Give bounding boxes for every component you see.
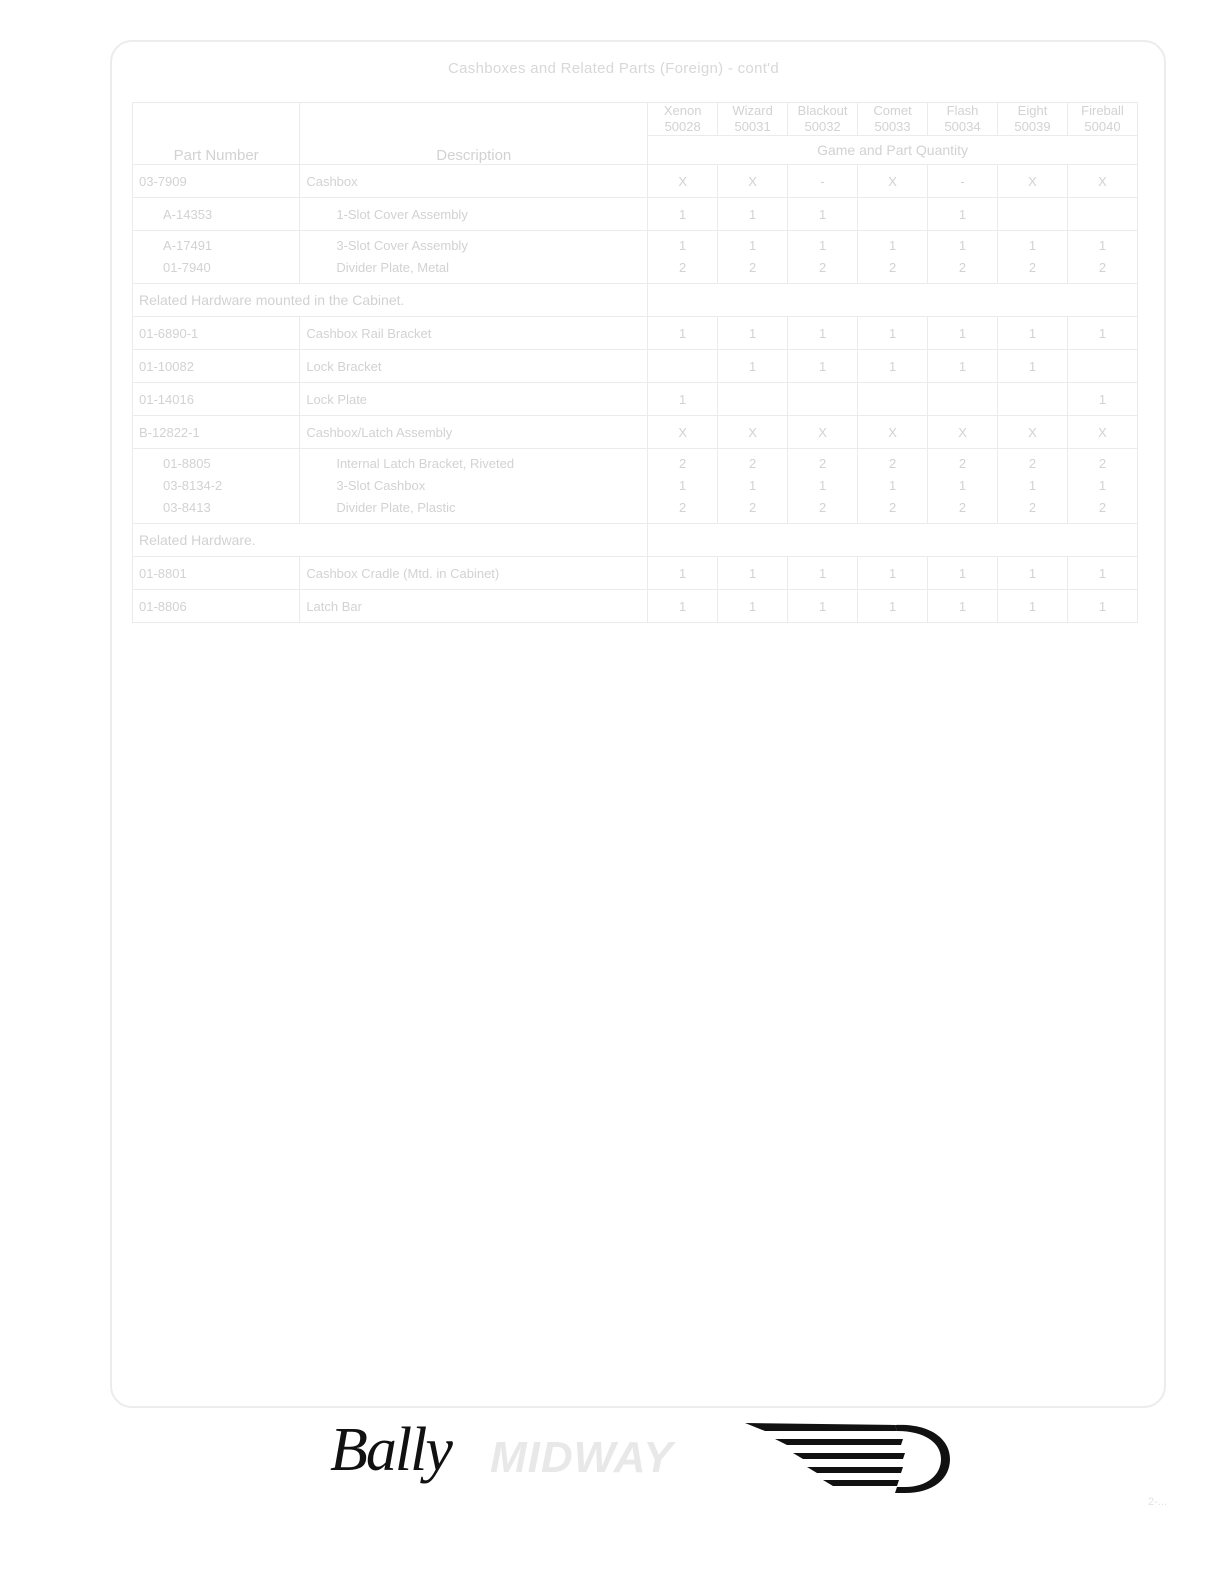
- winged-circle-logo-icon: [745, 1417, 955, 1497]
- quantity-cell: 2: [794, 453, 851, 475]
- column-header-game: Fireball50040: [1067, 103, 1137, 136]
- game-number: 50028: [654, 119, 711, 135]
- quantity-cell: [718, 383, 788, 416]
- quantity-cell: 1: [654, 475, 711, 497]
- quantity-cell: -: [928, 165, 998, 198]
- quantity-cell-group: 12: [788, 231, 858, 284]
- quantity-cell: 2: [1074, 453, 1131, 475]
- quantity-cell: 1: [724, 475, 781, 497]
- quantity-cell: 1: [1004, 235, 1061, 257]
- quantity-cell: [1067, 198, 1137, 231]
- part-description: Internal Latch Bracket, Riveted: [336, 453, 641, 475]
- part-number: 01-8801: [133, 557, 300, 590]
- quantity-cell: 1: [934, 235, 991, 257]
- quantity-cell-group: 212: [858, 449, 928, 524]
- section-label: Related Hardware.: [133, 524, 648, 557]
- part-description: 3-Slot Cover Assembly: [336, 235, 641, 257]
- quantity-cell: [1067, 350, 1137, 383]
- game-number: 50032: [794, 119, 851, 135]
- game-name: Eight: [1004, 103, 1061, 119]
- part-number-group: A-1749101-7940: [133, 231, 300, 284]
- table-row-group: A-1749101-79403-Slot Cover AssemblyDivid…: [133, 231, 1138, 284]
- game-name: Comet: [864, 103, 921, 119]
- part-description: Cashbox Rail Bracket: [300, 317, 648, 350]
- game-name: Xenon: [654, 103, 711, 119]
- quantity-cell: 1: [788, 317, 858, 350]
- quantity-cell: -: [788, 165, 858, 198]
- column-header-part-number: Part Number: [133, 103, 300, 165]
- column-header-game: Flash50034: [928, 103, 998, 136]
- quantity-cell: X: [928, 416, 998, 449]
- brand-block: MIDWAY: [490, 1433, 674, 1483]
- quantity-cell-group: 212: [788, 449, 858, 524]
- quantity-cell: X: [718, 416, 788, 449]
- quantity-cell: 1: [928, 350, 998, 383]
- quantity-cell-group: 12: [718, 231, 788, 284]
- quantity-cell: 2: [794, 257, 851, 279]
- table-row: A-143531-Slot Cover Assembly1111: [133, 198, 1138, 231]
- quantity-cell: [788, 383, 858, 416]
- quantity-cell: 1: [928, 198, 998, 231]
- part-description: Lock Bracket: [300, 350, 648, 383]
- quantity-cell: 1: [718, 557, 788, 590]
- page-title: Cashboxes and Related Parts (Foreign) - …: [0, 60, 1227, 77]
- part-description: 1-Slot Cover Assembly: [300, 198, 648, 231]
- quantity-cell: 1: [788, 557, 858, 590]
- page-number: 2-...: [1148, 1496, 1167, 1508]
- quantity-cell: 2: [864, 453, 921, 475]
- quantity-cell: 1: [718, 317, 788, 350]
- table-row: 03-7909CashboxXX-X-XX: [133, 165, 1138, 198]
- game-name: Wizard: [724, 103, 781, 119]
- quantity-cell: X: [1067, 165, 1137, 198]
- quantity-cell: 1: [1004, 475, 1061, 497]
- quantity-cell: 1: [788, 590, 858, 623]
- quantity-cell: 1: [788, 350, 858, 383]
- quantity-cell: 2: [1004, 257, 1061, 279]
- quantity-cell: X: [998, 416, 1068, 449]
- part-description-group: 3-Slot Cover AssemblyDivider Plate, Meta…: [300, 231, 648, 284]
- quantity-cell: 1: [648, 590, 718, 623]
- section-row: Related Hardware.: [133, 524, 1138, 557]
- game-number: 50040: [1074, 119, 1131, 135]
- quantity-cell: 1: [1074, 475, 1131, 497]
- column-header-game: Wizard50031: [718, 103, 788, 136]
- quantity-cell: 2: [794, 497, 851, 519]
- quantity-cell: 1: [718, 198, 788, 231]
- bally-midway-logo: Bally MIDWAY: [330, 1415, 950, 1505]
- quantity-cell: 1: [794, 475, 851, 497]
- game-number: 50039: [1004, 119, 1061, 135]
- quantity-cell: 1: [858, 557, 928, 590]
- quantity-cell: X: [648, 416, 718, 449]
- quantity-cell: 1: [858, 350, 928, 383]
- section-row: Related Hardware mounted in the Cabinet.: [133, 284, 1138, 317]
- game-name: Blackout: [794, 103, 851, 119]
- part-description: Lock Plate: [300, 383, 648, 416]
- game-name: Fireball: [1074, 103, 1131, 119]
- quantity-cell: [998, 198, 1068, 231]
- table-row: 01-14016Lock Plate11: [133, 383, 1138, 416]
- quantity-cell: 1: [858, 317, 928, 350]
- quantity-cell: 2: [724, 497, 781, 519]
- quantity-cell-group: 212: [648, 449, 718, 524]
- quantity-cell-group: 12: [928, 231, 998, 284]
- quantity-cell: 2: [934, 257, 991, 279]
- game-name: Flash: [934, 103, 991, 119]
- quantity-cell-group: 212: [718, 449, 788, 524]
- quantity-cell: 1: [654, 235, 711, 257]
- quantity-cell: X: [648, 165, 718, 198]
- table-row: B-12822-1Cashbox/Latch AssemblyXXXXXXX: [133, 416, 1138, 449]
- quantity-cell: 1: [648, 317, 718, 350]
- table-header-row: Part Number Description Xenon50028 Wizar…: [133, 103, 1138, 136]
- quantity-cell: X: [718, 165, 788, 198]
- part-description: Cashbox/Latch Assembly: [300, 416, 648, 449]
- game-number: 50033: [864, 119, 921, 135]
- quantity-cell: [858, 383, 928, 416]
- part-number: 01-8805: [163, 453, 293, 475]
- part-number: 03-7909: [133, 165, 300, 198]
- table-body: 03-7909CashboxXX-X-XXA-143531-Slot Cover…: [133, 165, 1138, 623]
- parts-table: Part Number Description Xenon50028 Wizar…: [132, 102, 1138, 623]
- quantity-cell: 1: [998, 590, 1068, 623]
- quantity-cell: 2: [654, 497, 711, 519]
- part-description: Cashbox Cradle (Mtd. in Cabinet): [300, 557, 648, 590]
- quantity-cell-group: 12: [858, 231, 928, 284]
- quantity-cell: 1: [794, 235, 851, 257]
- quantity-cell: 2: [654, 257, 711, 279]
- quantity-cell: [998, 383, 1068, 416]
- quantity-cell: 1: [648, 557, 718, 590]
- column-header-game: Comet50033: [858, 103, 928, 136]
- quantity-cell: 2: [724, 257, 781, 279]
- part-number: 03-8134-2: [163, 475, 293, 497]
- quantity-cell-group: 12: [998, 231, 1068, 284]
- column-header-description: Description: [300, 103, 648, 165]
- table-row: 01-6890-1Cashbox Rail Bracket1111111: [133, 317, 1138, 350]
- quantity-cell: 2: [1004, 453, 1061, 475]
- quantity-cell: 1: [1067, 590, 1137, 623]
- quantity-cell: 2: [864, 257, 921, 279]
- quantity-cell: [648, 350, 718, 383]
- part-number: A-14353: [133, 198, 300, 231]
- quantity-cell: 1: [724, 235, 781, 257]
- part-number: 01-6890-1: [133, 317, 300, 350]
- table-row: 01-8806Latch Bar1111111: [133, 590, 1138, 623]
- part-description: Latch Bar: [300, 590, 648, 623]
- quantity-cell: 1: [1067, 557, 1137, 590]
- quantity-cell: 1: [858, 590, 928, 623]
- quantity-cell: 1: [928, 317, 998, 350]
- section-label: Related Hardware mounted in the Cabinet.: [133, 284, 648, 317]
- quantity-cell: 2: [1004, 497, 1061, 519]
- quantity-cell: 1: [864, 475, 921, 497]
- quantity-cell: 1: [718, 350, 788, 383]
- quantity-cell: 1: [788, 198, 858, 231]
- quantity-cell: 2: [1074, 497, 1131, 519]
- quantity-cell: 1: [648, 198, 718, 231]
- quantity-cell: 1: [998, 557, 1068, 590]
- quantity-cell: 1: [1067, 383, 1137, 416]
- quantity-cell: 2: [1074, 257, 1131, 279]
- quantity-cell: 2: [934, 453, 991, 475]
- quantity-subheader: Game and Part Quantity: [648, 136, 1138, 165]
- quantity-cell: 2: [864, 497, 921, 519]
- quantity-cell: 2: [724, 453, 781, 475]
- part-number: 01-7940: [163, 257, 293, 279]
- section-spacer: [648, 524, 1138, 557]
- quantity-cell-group: 212: [998, 449, 1068, 524]
- quantity-cell: 1: [718, 590, 788, 623]
- column-header-game: Xenon50028: [648, 103, 718, 136]
- quantity-cell: 1: [928, 590, 998, 623]
- game-number: 50034: [934, 119, 991, 135]
- quantity-cell: [928, 383, 998, 416]
- quantity-cell-group: 12: [1067, 231, 1137, 284]
- quantity-cell: 2: [934, 497, 991, 519]
- section-spacer: [648, 284, 1138, 317]
- quantity-cell: X: [998, 165, 1068, 198]
- quantity-cell: 1: [1067, 317, 1137, 350]
- quantity-cell: 1: [998, 317, 1068, 350]
- part-number: A-17491: [163, 235, 293, 257]
- quantity-cell-group: 212: [928, 449, 998, 524]
- part-number: 01-14016: [133, 383, 300, 416]
- part-number: 01-10082: [133, 350, 300, 383]
- quantity-cell: 1: [864, 235, 921, 257]
- quantity-cell-group: 212: [1067, 449, 1137, 524]
- brand-script: Bally: [330, 1415, 451, 1486]
- part-number: 03-8413: [163, 497, 293, 519]
- part-number: 01-8806: [133, 590, 300, 623]
- quantity-cell: X: [858, 165, 928, 198]
- quantity-cell: 1: [1074, 235, 1131, 257]
- part-description: Cashbox: [300, 165, 648, 198]
- part-number: B-12822-1: [133, 416, 300, 449]
- part-description: Divider Plate, Plastic: [336, 497, 641, 519]
- game-number: 50031: [724, 119, 781, 135]
- part-number-group: 01-880503-8134-203-8413: [133, 449, 300, 524]
- quantity-cell: 2: [654, 453, 711, 475]
- table-row: 01-10082Lock Bracket11111: [133, 350, 1138, 383]
- part-description: Divider Plate, Metal: [336, 257, 641, 279]
- column-header-game: Blackout50032: [788, 103, 858, 136]
- quantity-cell: 1: [928, 557, 998, 590]
- quantity-cell: 1: [934, 475, 991, 497]
- part-description: 3-Slot Cashbox: [336, 475, 641, 497]
- quantity-cell: X: [1067, 416, 1137, 449]
- quantity-cell: 1: [648, 383, 718, 416]
- quantity-cell: X: [858, 416, 928, 449]
- quantity-cell-group: 12: [648, 231, 718, 284]
- column-header-game: Eight50039: [998, 103, 1068, 136]
- quantity-cell: X: [788, 416, 858, 449]
- quantity-cell: [858, 198, 928, 231]
- table-row-group: 01-880503-8134-203-8413Internal Latch Br…: [133, 449, 1138, 524]
- table-row: 01-8801Cashbox Cradle (Mtd. in Cabinet)1…: [133, 557, 1138, 590]
- quantity-cell: 1: [998, 350, 1068, 383]
- part-description-group: Internal Latch Bracket, Riveted3-Slot Ca…: [300, 449, 648, 524]
